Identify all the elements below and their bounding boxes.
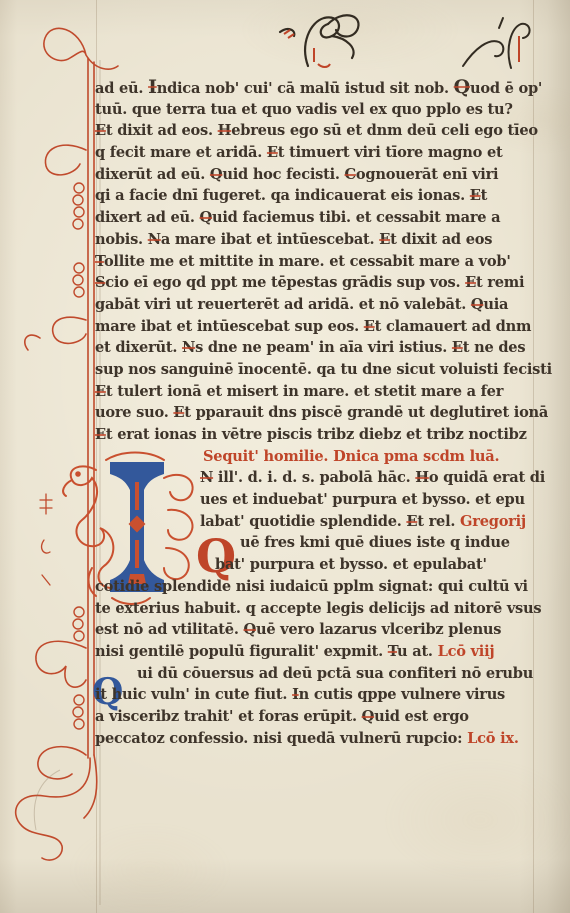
body-text: E	[470, 187, 481, 204]
text-line: uē fres kmi quē diues iste q indue	[240, 532, 537, 554]
body-text: t dixit ad eos	[390, 231, 492, 248]
rubric-line: Sequit' homilie. Dnica pma scdm luā.	[203, 446, 537, 468]
cadel-flourish-q	[455, 14, 535, 74]
body-text: cotidie splendide nisi iudaicū pplm sign…	[95, 578, 528, 595]
rubric-text: Gregorij	[460, 513, 526, 530]
body-text: est nō ad vtilitatē.	[95, 621, 243, 638]
body-text: E	[465, 274, 476, 291]
rubric-text: Lcō viij	[438, 643, 495, 660]
text-line: est nō ad vtilitatē. Quē vero lazarus vl…	[95, 619, 537, 641]
body-text: t erat ionas in vētre piscis tribz diebz…	[106, 426, 527, 443]
body-text: bat' purpura et bysso. et epulabat'	[215, 556, 487, 573]
body-text: t tulert ionā et misert in mare. et stet…	[106, 383, 503, 400]
body-text: it huic vuln' in cute fiut.	[95, 686, 292, 703]
text-line: peccatoz confessio. nisi quedā vulnerū r…	[95, 728, 537, 750]
text-line: mare ibat et intūescebat sup eos. Et cla…	[95, 316, 537, 338]
text-line: Tollite me et mittite in mare. et cessab…	[95, 251, 537, 273]
body-text: E	[173, 404, 184, 421]
body-text: ill'. d. i. d. s. pabolā hāc.	[213, 469, 415, 486]
body-text: Q	[454, 76, 470, 98]
body-text: et dixerūt.	[95, 339, 182, 356]
body-text: uē fres kmi quē diues iste q indue	[240, 534, 510, 551]
text-line: ad eū. Indica nob' cui' cā malū istud si…	[95, 77, 537, 99]
body-text: a visceribz trahit' et foras erūpit.	[95, 708, 362, 725]
body-text: E	[406, 513, 417, 530]
body-text: T	[95, 253, 104, 270]
body-text: cio eī ego qd ppt me tēpestas grādis sup…	[105, 274, 465, 291]
body-text: E	[95, 426, 106, 443]
body-text: Q	[243, 621, 255, 638]
body-text: t ne des	[463, 339, 526, 356]
body-text: ognouerāt enī viri	[356, 166, 498, 183]
body-text: E	[379, 231, 390, 248]
body-text: qi a facie dnī fugeret. qa indicauerat e…	[95, 187, 470, 204]
body-text: H	[415, 469, 429, 486]
body-text: gabāt viri ut reuerterēt ad aridā. et nō…	[95, 296, 471, 313]
body-text: sup nos sanguinē īnocentē. qa tu dne sic…	[95, 361, 552, 378]
body-text: ui dū cōuersus ad deū pctā sua confiteri…	[137, 665, 533, 682]
body-text: H	[218, 122, 232, 139]
text-line: te exterius habuit. q accepte legis deli…	[95, 598, 537, 620]
text-line: Et dixit ad eos. Hebreus ego sū et dnm d…	[95, 120, 537, 142]
text-line: qi a facie dnī fugeret. qa indicauerat e…	[95, 185, 537, 207]
body-text: E	[364, 318, 375, 335]
body-text: peccatoz confessio. nisi quedā vulnerū r…	[95, 730, 467, 747]
body-text: ebreus ego sū et dnm deū celi ego tīeo	[231, 122, 538, 139]
body-text: ollite me et mittite in mare. et cessabi…	[104, 253, 511, 270]
text-line: cotidie splendide nisi iudaicū pplm sign…	[95, 576, 537, 598]
body-text: uia	[483, 296, 508, 313]
body-text: dixert ad eū.	[95, 209, 200, 226]
body-text: o quidā erat di	[429, 469, 545, 486]
text-line: a visceribz trahit' et foras erūpit. Qui…	[95, 706, 537, 728]
body-text: S	[95, 274, 105, 291]
body-text: t pparauit dns piscē grandē ut deglutire…	[184, 404, 548, 421]
body-text: uid est ergo	[374, 708, 469, 725]
body-text: ndica nob' cui' cā malū istud sit nob.	[157, 80, 454, 97]
body-text: s dne ne peam' in aīa viri istius.	[195, 339, 452, 356]
body-text: uod ē op'	[470, 80, 542, 97]
text-line: nisi gentilē populū figuralit' expmit. T…	[95, 641, 537, 663]
text-line: N ill'. d. i. d. s. pabolā hāc. Ho quidā…	[200, 467, 537, 489]
body-text: nisi gentilē populū figuralit' expmit.	[95, 643, 388, 660]
body-text: uid faciemus tibi. et cessabit mare a	[212, 209, 500, 226]
body-text: uē vero lazarus vlceribz plenus	[256, 621, 501, 638]
body-text: dixerūt ad eū.	[95, 166, 210, 183]
body-text: I	[292, 686, 299, 703]
body-text: q fecit mare et aridā.	[95, 144, 267, 161]
body-text: Q	[210, 166, 222, 183]
text-line: dixerūt ad eū. Quid hoc fecisti. Cognoue…	[95, 164, 537, 186]
body-text: N	[148, 231, 161, 248]
body-text: t dixit ad eos.	[106, 122, 218, 139]
text-block: ad eū. Indica nob' cui' cā malū istud si…	[95, 77, 537, 749]
body-text: u at.	[397, 643, 438, 660]
body-text: tuū. que terra tua et quo vadis vel ex q…	[95, 101, 513, 118]
body-text: E	[267, 144, 278, 161]
body-text: C	[345, 166, 356, 183]
body-text: n cutis qppe vulnere virus	[299, 686, 505, 703]
text-line: it huic vuln' in cute fiut. In cutis qpp…	[95, 684, 537, 706]
text-line: Scio eī ego qd ppt me tēpestas grādis su…	[95, 272, 537, 294]
text-line: bat' purpura et bysso. et epulabat'	[215, 554, 537, 576]
text-line: q fecit mare et aridā. Et timuert viri t…	[95, 142, 537, 164]
body-text: E	[95, 122, 106, 139]
body-text: Q	[200, 209, 212, 226]
body-text: t timuert viri tīore magno et	[278, 144, 503, 161]
body-text: uore suo.	[95, 404, 173, 421]
body-text: T	[388, 643, 397, 660]
text-line: uore suo. Et pparauit dns piscē grandē u…	[95, 402, 537, 424]
body-text: nobis.	[95, 231, 148, 248]
text-line: et dixerūt. Ns dne ne peam' in aīa viri …	[95, 337, 537, 359]
text-line: ues et induebat' purpura et bysso. et ep…	[200, 489, 537, 511]
body-text: N	[182, 339, 195, 356]
body-text: ues et induebat' purpura et bysso. et ep…	[200, 491, 525, 508]
text-line: Et erat ionas in vētre piscis tribz dieb…	[95, 424, 537, 446]
body-text: Q	[471, 296, 483, 313]
text-line: labat' quotidie splendide. Et rel. Grego…	[200, 511, 537, 533]
body-text: te exterius habuit. q accepte legis deli…	[95, 600, 541, 617]
cadel-flourish-top	[270, 4, 380, 74]
body-text: Q	[362, 708, 374, 725]
rubric-text: Sequit' homilie. Dnica pma scdm luā.	[203, 448, 499, 465]
text-line: tuū. que terra tua et quo vadis vel ex q…	[95, 99, 537, 121]
body-text: N	[200, 469, 213, 486]
body-text: t	[481, 187, 488, 204]
text-line: dixert ad eū. Quid faciemus tibi. et ces…	[95, 207, 537, 229]
body-text: E	[95, 383, 106, 400]
body-text: ad eū.	[95, 80, 148, 97]
text-line: ui dū cōuersus ad deū pctā sua confiteri…	[137, 663, 537, 685]
rubric-text: Lcō ix.	[467, 730, 519, 747]
body-text: t remi	[476, 274, 524, 291]
body-text: t clamauert ad dnm	[375, 318, 532, 335]
body-text: a mare ibat et intūescebat.	[161, 231, 379, 248]
body-text: I	[148, 76, 157, 98]
text-line: Et tulert ionā et misert in mare. et ste…	[95, 381, 537, 403]
text-line: nobis. Na mare ibat et intūescebat. Et d…	[95, 229, 537, 251]
body-text: mare ibat et intūescebat sup eos.	[95, 318, 364, 335]
body-text: uid hoc fecisti.	[222, 166, 344, 183]
text-line: gabāt viri ut reuerterēt ad aridā. et nō…	[95, 294, 537, 316]
body-text: t rel.	[417, 513, 460, 530]
text-line: sup nos sanguinē īnocentē. qa tu dne sic…	[95, 359, 537, 381]
body-text: labat' quotidie splendide.	[200, 513, 406, 530]
body-text: E	[452, 339, 463, 356]
